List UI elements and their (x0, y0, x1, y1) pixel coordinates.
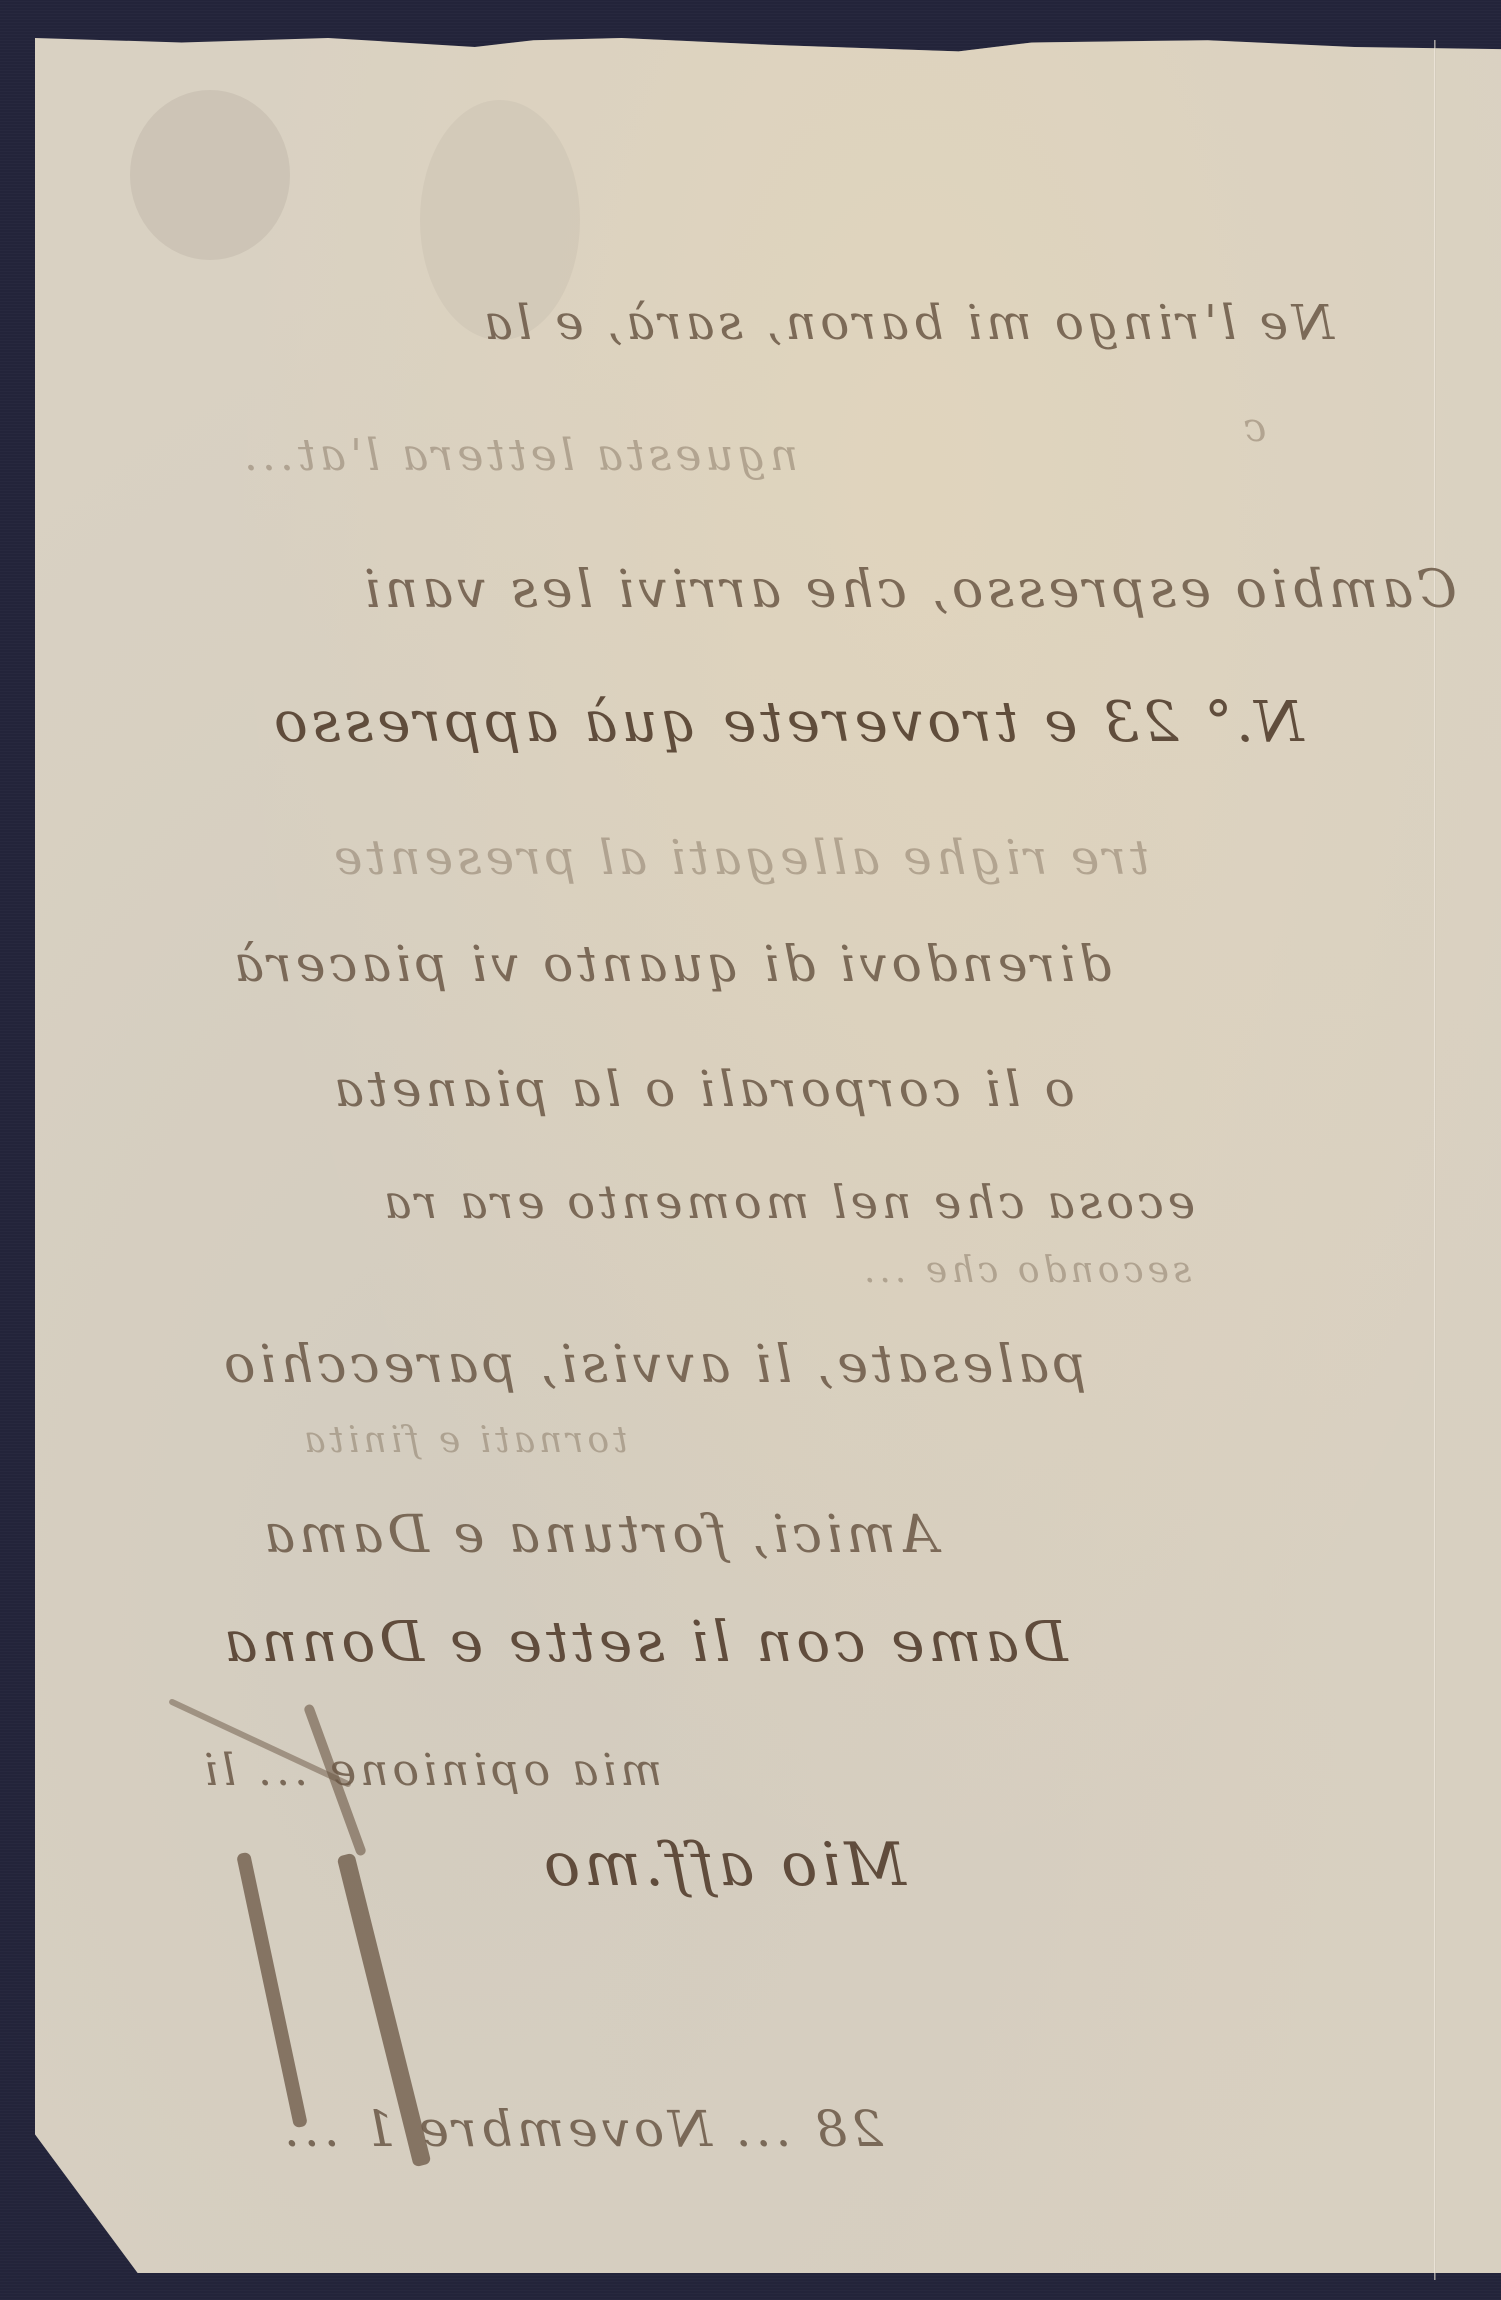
handwritten-line: Dame con li sette e Donna (220, 1610, 1068, 1675)
handwritten-line: c (1240, 405, 1266, 451)
handwritten-line: palesate, li avvisi, parecchio (220, 1335, 1086, 1395)
handwritten-line: Cambio espresso, che arrivi les vani (360, 560, 1457, 620)
paper-stain (130, 90, 290, 260)
handwritten-line: mia opinione ... li (200, 1745, 662, 1796)
handwritten-line: Ne l'ringo mi baron, sarà, e la (480, 295, 1334, 351)
paper-fold-line (1434, 40, 1436, 2280)
handwritten-signature-line: Mio aff.mo (540, 1830, 906, 1900)
handwritten-line: N.° 23 e troverete quà appresso (270, 690, 1303, 755)
handwritten-line: tre righe allegati al presente (330, 830, 1149, 886)
handwritten-line: direndovi di quanto vi piacerà (230, 935, 1111, 993)
handwritten-line: ecosa che nel momento era ra (380, 1175, 1195, 1229)
handwritten-line: nguesta lettera l'at... (240, 430, 798, 481)
handwritten-line: Amici, fortuna e Dama (260, 1505, 937, 1565)
handwritten-line: o li corporali o la pianeta (330, 1060, 1075, 1118)
handwritten-line: secondo che ... (860, 1250, 1191, 1291)
handwritten-date-line: 28 ... Novembre 1 ... (280, 2100, 883, 2158)
handwritten-line: tornati e finita (300, 1420, 628, 1461)
